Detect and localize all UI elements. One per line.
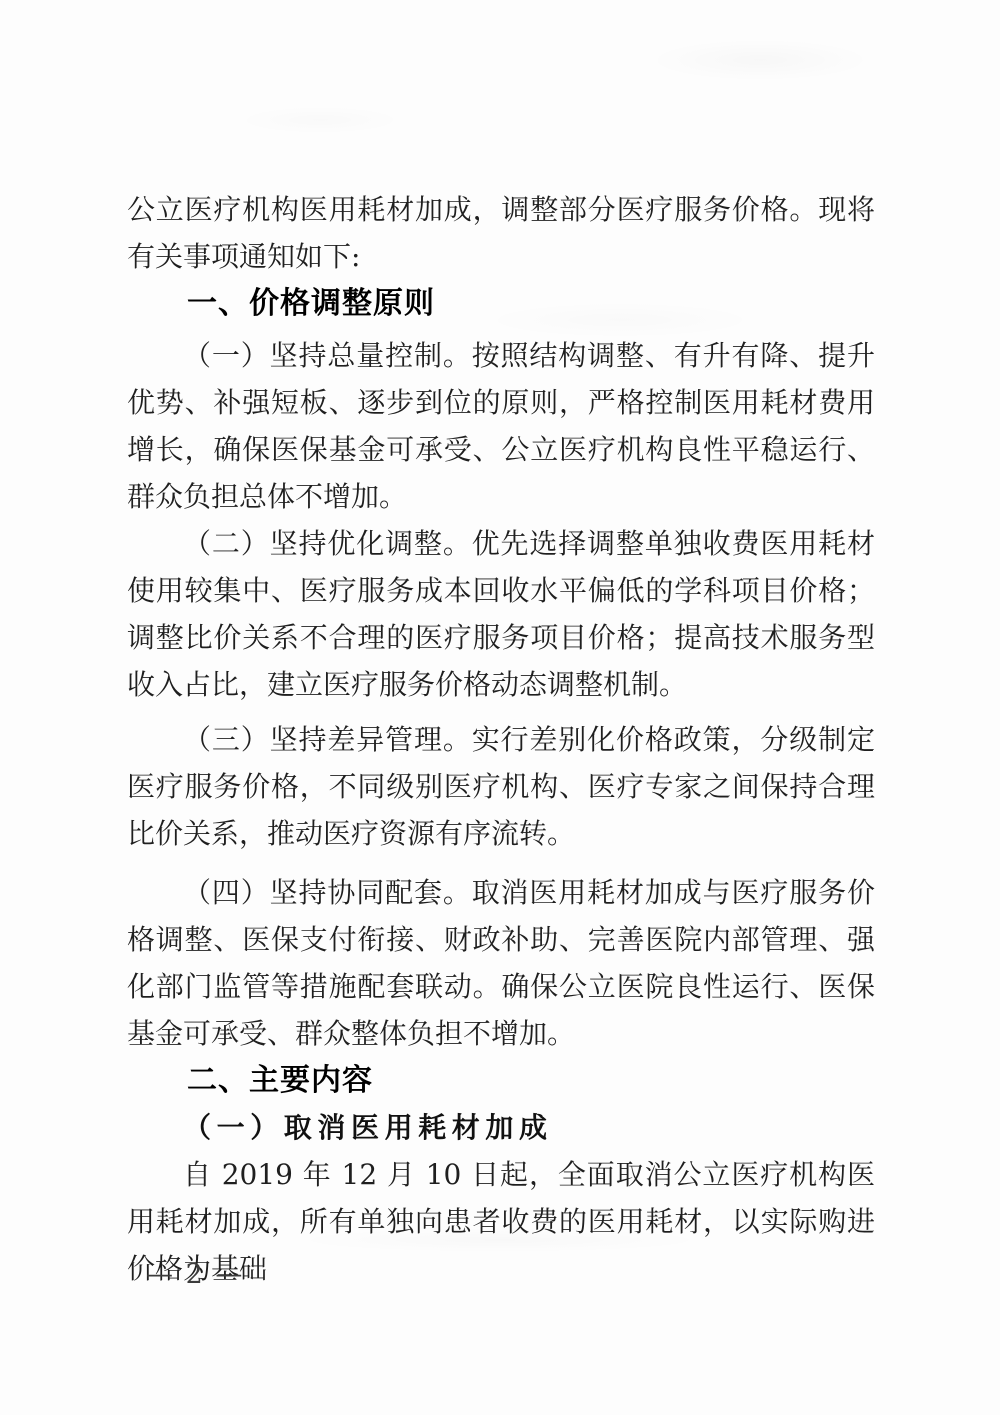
principle-paragraph-4: （四）坚持协同配套。取消医用耗材加成与医疗服务价格调整、医保支付衔接、财政补助、…: [127, 869, 875, 1057]
principle-paragraph-2: （二）坚持优化调整。优先选择调整单独收费医用耗材使用较集中、医疗服务成本回收水平…: [127, 520, 875, 708]
document-body: 公立医疗机构医用耗材加成，调整部分医疗服务价格。现将有关事项通知如下: 一、价格…: [127, 186, 875, 1292]
section-2-heading: 二、主要内容: [127, 1057, 875, 1104]
continuation-paragraph: 公立医疗机构医用耗材加成，调整部分医疗服务价格。现将有关事项通知如下:: [127, 186, 875, 280]
document-page: 公立医疗机构医用耗材加成，调整部分医疗服务价格。现将有关事项通知如下: 一、价格…: [0, 0, 1000, 1415]
principle-paragraph-3: （三）坚持差异管理。实行差别化价格政策，分级制定医疗服务价格，不同级别医疗机构、…: [127, 716, 875, 857]
section-1-heading: 一、价格调整原则: [127, 280, 875, 327]
section-2-subheading: （一）取消医用耗材加成: [127, 1104, 875, 1151]
page-number: — 2 —: [146, 1258, 244, 1292]
principle-paragraph-1: （一）坚持总量控制。按照结构调整、有升有降、提升优势、补强短板、逐步到位的原则，…: [127, 332, 875, 520]
